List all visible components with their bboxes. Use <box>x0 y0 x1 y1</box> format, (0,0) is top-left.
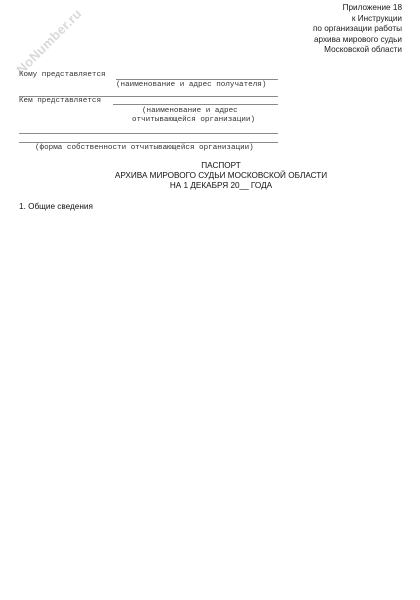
sender-caption-line1: (наименование и адрес <box>142 107 238 115</box>
title-line: НА 1 ДЕКАБРЯ 20__ ГОДА <box>0 181 420 191</box>
recipient-field-line[interactable] <box>116 79 278 80</box>
recipient-caption: (наименование и адрес получателя) <box>116 81 266 89</box>
recipient-label: Кому представляется <box>19 71 106 79</box>
appendix-header: Приложение 18 к Инструкции по организаци… <box>313 3 402 56</box>
ownership-caption: (форма собственности отчитывающейся орга… <box>35 144 254 152</box>
appendix-line: по организации работы <box>313 24 402 35</box>
section-heading: 1. Общие сведения <box>19 202 93 211</box>
sender-continuation-line[interactable] <box>19 133 278 134</box>
appendix-line: Московской области <box>313 45 402 56</box>
title-line: ПАСПОРТ <box>0 161 420 171</box>
ownership-field-line[interactable] <box>19 142 278 143</box>
appendix-line: архива мирового судьи <box>313 35 402 46</box>
sender-field-line[interactable] <box>113 104 278 105</box>
document-title: ПАСПОРТ АРХИВА МИРОВОГО СУДЬИ МОСКОВСКОЙ… <box>0 161 420 190</box>
title-line: АРХИВА МИРОВОГО СУДЬИ МОСКОВСКОЙ ОБЛАСТИ <box>0 171 420 181</box>
sender-label: Кем представляется <box>19 97 101 105</box>
sender-caption-line2: отчитывающейся организации) <box>132 116 255 124</box>
appendix-line: к Инструкции <box>313 14 402 25</box>
appendix-line: Приложение 18 <box>313 3 402 14</box>
